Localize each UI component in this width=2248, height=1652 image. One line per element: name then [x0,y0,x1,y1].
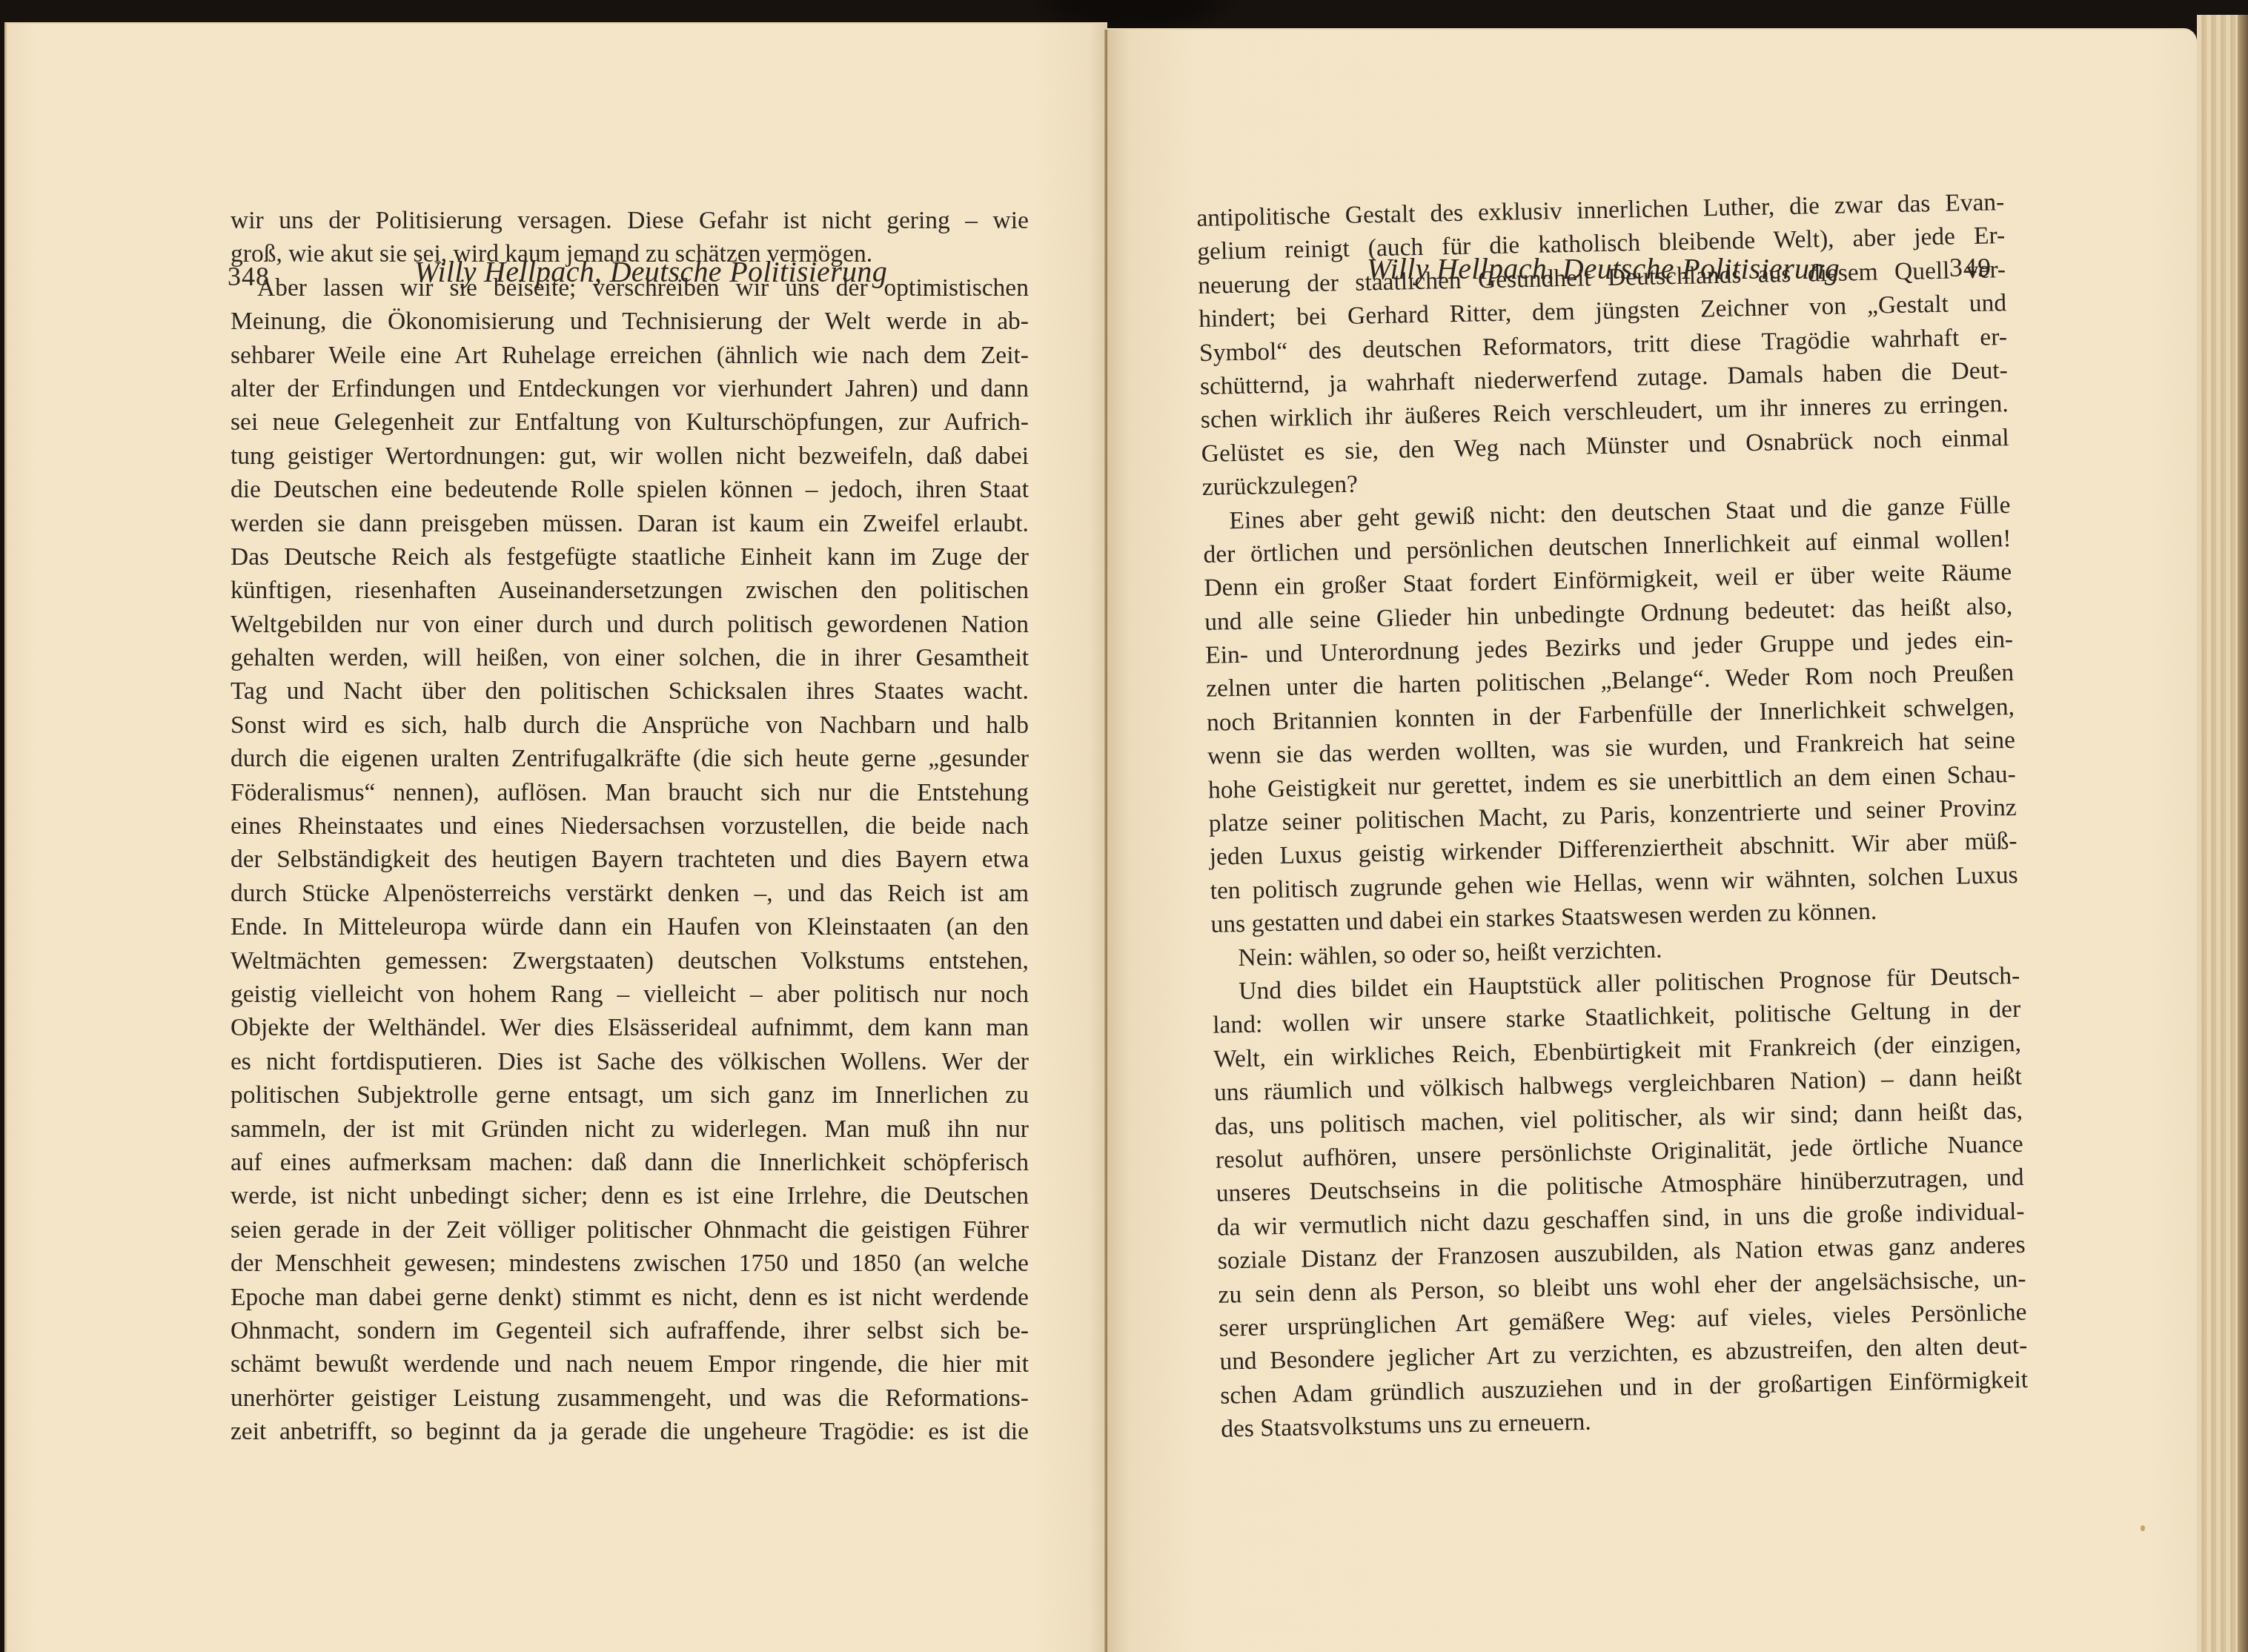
text-line: alter der Erfindungen und Entdeckungen v… [231,372,1029,405]
text-line: groß, wie akut sie sei, wird kaum jemand… [231,237,1029,271]
text-line: sammeln, der ist mit Gründen nicht zu wi… [231,1112,1029,1146]
left-page: 348 Willy Hellpach, Deutsche Politisieru… [4,22,1107,1652]
text-line: durch Stücke Alpenösterreichs verstärkt … [231,877,1029,910]
text-line: schämt bewußt werdende und nach neuem Em… [231,1347,1029,1381]
text-line: Sonst wird es sich, halb durch die Anspr… [231,709,1029,742]
text-line: Weltgebilden nur von einer durch und dur… [231,608,1029,641]
text-line: seien gerade in der Zeit völliger politi… [231,1213,1029,1247]
text-line: Das Deutsche Reich als festgefügte staat… [231,540,1029,574]
text-line: Epoche man dabei gerne denkt) stimmt es … [231,1281,1029,1314]
text-line: der Menschheit gewesen; mindestens zwisc… [231,1247,1029,1280]
text-line: geistig vielleicht von hohem Rang – viel… [231,978,1029,1011]
text-line: der Selbständigkeit des heutigen Bayern … [231,843,1029,876]
right-page: Willy Hellpach, Deutsche Politisierung 3… [1107,28,2197,1652]
text-line: Objekte der Welthändel. Wer dies Elsässe… [231,1011,1029,1044]
text-line: es nicht fortdisputieren. Dies ist Sache… [231,1045,1029,1078]
text-line: Tag und Nacht über den politischen Schic… [231,674,1029,708]
text-line: gehalten werden, will heißen, von einer … [231,641,1029,674]
text-line: durch die eigenen uralten Zentrifugalkrä… [231,742,1029,775]
text-line: die Deutschen eine bedeutende Rolle spie… [231,473,1029,506]
text-line: Meinung, die Ökonomisierung und Technisi… [231,305,1029,338]
text-line: Ende. In Mitteleuropa würde dann ein Hau… [231,910,1029,943]
text-line: Weltmächten gemessen: Zwergstaaten) deut… [231,944,1029,978]
text-line: politischen Subjektrolle gerne entsagt, … [231,1078,1029,1112]
text-line: eines Rheinstaates und eines Niedersachs… [231,809,1029,843]
book-scan: 348 Willy Hellpach, Deutsche Politisieru… [0,0,2248,1652]
text-line: sehbarer Weile eine Art Ruhelage erreich… [231,339,1029,372]
text-line: wir uns der Politisierung versagen. Dies… [231,204,1029,237]
text-line: Ohnmacht, sondern im Gegenteil sich aufr… [231,1314,1029,1347]
text-line: unerhörter geistiger Leistung zusammenge… [231,1381,1029,1415]
paper-speck [2141,1525,2145,1531]
text-line: künftigen, riesenhaften Auseinandersetzu… [231,574,1029,607]
text-line: auf eines aufmerksam machen: daß dann di… [231,1146,1029,1179]
paragraph-start-line: Aber lassen wir sie beiseite; verschreib… [231,271,1029,305]
right-body-text: antipolitische Gestalt des exklusiv inne… [1196,185,2029,1446]
text-line: werde, ist nicht unbedingt sicher; denn … [231,1179,1029,1213]
book-page-edges [2197,15,2248,1652]
text-line: sei neue Gelegenheit zur Entfaltung von … [231,405,1029,439]
text-line: zeit anbetrifft, so beginnt da ja gerade… [231,1415,1029,1448]
text-line: Föderalismus“ nennen), auflösen. Man bra… [231,776,1029,809]
text-line: werden sie dann preisgeben müssen. Daran… [231,507,1029,540]
left-body-text: wir uns der Politisierung versagen. Dies… [231,204,1029,1448]
text-line: tung geistiger Wertordnungen: gut, wir w… [231,439,1029,473]
